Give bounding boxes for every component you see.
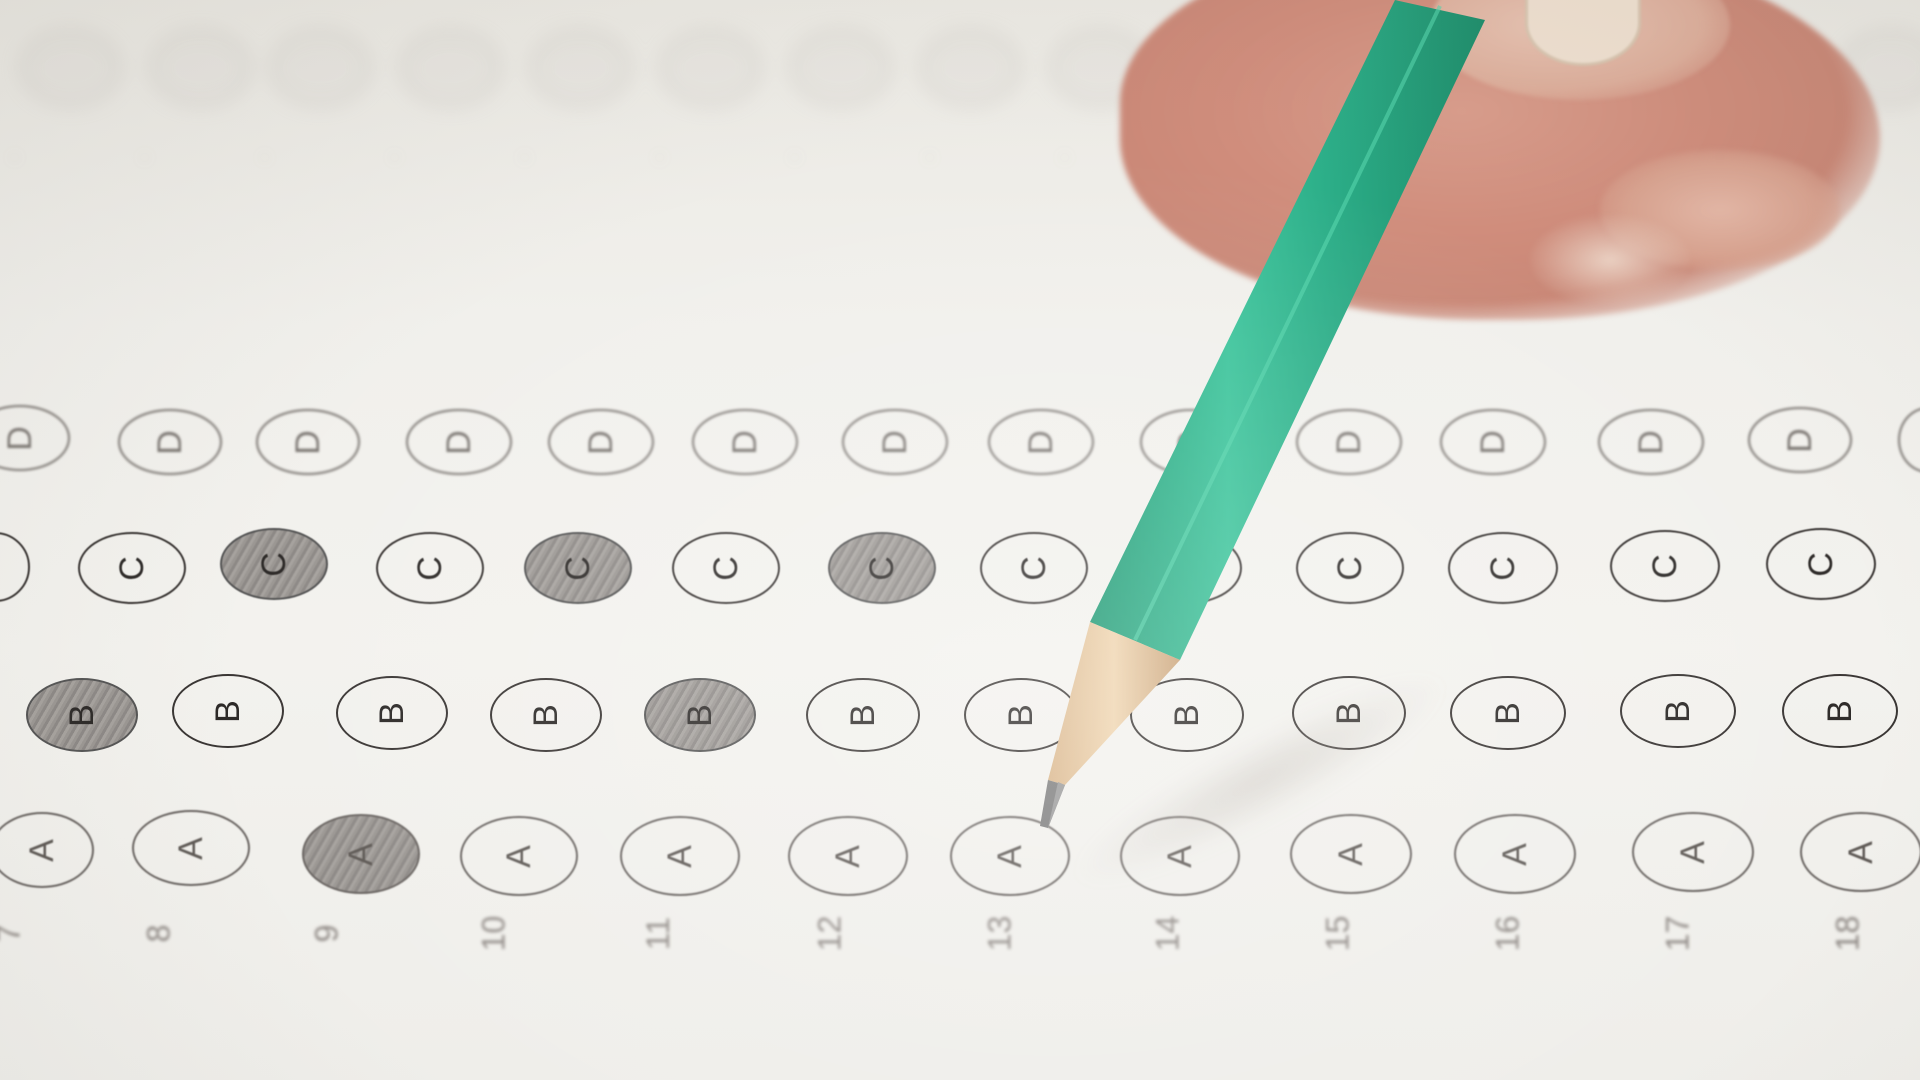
knuckle xyxy=(1530,215,1690,305)
bubble-a-9-filled[interactable]: A xyxy=(302,814,420,894)
bubble-c-6[interactable] xyxy=(0,532,30,602)
bubble-c-15[interactable]: C xyxy=(1296,532,1404,604)
bubble-c-14[interactable]: C xyxy=(1134,532,1242,604)
bubble-c-11[interactable]: C xyxy=(672,532,780,604)
bubble-d-13[interactable]: D xyxy=(988,409,1094,475)
bubble-a-8[interactable]: A xyxy=(132,810,250,886)
bubble-c-8-filled[interactable]: C xyxy=(220,528,328,600)
bubble-c-13[interactable]: C xyxy=(980,532,1088,604)
question-number-row: 7 8 9 10 11 12 13 14 15 16 17 18 xyxy=(0,915,1920,975)
bubble-b-10[interactable]: B xyxy=(490,678,602,752)
question-number: 9 xyxy=(308,925,345,943)
bubble-a-18[interactable]: A xyxy=(1800,812,1920,892)
bubble-a-12[interactable]: A xyxy=(788,816,908,896)
bubble-d-18[interactable]: D xyxy=(1748,407,1852,473)
question-number: 7 xyxy=(0,925,27,943)
bubble-a-16[interactable]: A xyxy=(1454,814,1576,894)
bubble-a-7[interactable]: A xyxy=(0,812,94,888)
bubble-d-12[interactable]: D xyxy=(842,409,948,475)
question-number: 11 xyxy=(640,917,677,950)
bubble-d-11[interactable]: D xyxy=(692,409,798,475)
question-number: 17 xyxy=(1659,916,1696,952)
question-number: 18 xyxy=(1829,916,1866,952)
bubble-d-14[interactable]: D xyxy=(1140,409,1240,475)
bubble-a-10[interactable]: A xyxy=(460,816,578,896)
bubble-d-7[interactable]: D xyxy=(118,409,222,475)
question-number: 13 xyxy=(981,916,1018,952)
bubble-b-7-filled[interactable]: B xyxy=(26,678,138,752)
answer-sheet-photo: ··· ··· ··· D D D D D D D D D D D D D C … xyxy=(0,0,1920,1080)
bubble-c-7[interactable]: C xyxy=(78,532,186,604)
bubble-b-8[interactable]: B xyxy=(172,674,284,748)
bubble-b-17[interactable]: B xyxy=(1620,674,1736,748)
bubble-b-18[interactable]: B xyxy=(1782,674,1898,748)
bubble-d-10[interactable]: D xyxy=(548,409,654,475)
question-number: 10 xyxy=(475,916,512,952)
bubble-b-16[interactable]: B xyxy=(1450,676,1566,750)
question-number: 8 xyxy=(140,925,177,943)
bubble-d-19[interactable] xyxy=(1898,407,1920,473)
bubble-b-11-filled[interactable]: B xyxy=(644,678,756,752)
bubble-b-12[interactable]: B xyxy=(806,678,920,752)
bubble-d-9[interactable]: D xyxy=(406,409,512,475)
bubble-d-16[interactable]: D xyxy=(1440,409,1546,475)
bubble-b-13[interactable]: B xyxy=(964,678,1078,752)
bubble-a-17[interactable]: A xyxy=(1632,812,1754,892)
bubble-d-6[interactable]: D xyxy=(0,405,70,471)
bubble-c-10-filled[interactable]: C xyxy=(524,532,632,604)
question-number: 15 xyxy=(1319,916,1356,952)
bubble-a-15[interactable]: A xyxy=(1290,814,1412,894)
question-number: 16 xyxy=(1489,916,1526,952)
bubble-b-14[interactable]: B xyxy=(1130,678,1244,752)
bubble-c-18[interactable]: C xyxy=(1766,528,1876,600)
question-number: 14 xyxy=(1149,916,1186,952)
bubble-c-17[interactable]: C xyxy=(1610,530,1720,602)
bubble-c-16[interactable]: C xyxy=(1448,532,1558,604)
bubble-d-15[interactable]: D xyxy=(1296,409,1402,475)
bubble-d-17[interactable]: D xyxy=(1598,409,1704,475)
question-number: 12 xyxy=(811,916,848,952)
bubble-a-11[interactable]: A xyxy=(620,816,740,896)
bubble-c-9[interactable]: C xyxy=(376,532,484,604)
bubble-b-9[interactable]: B xyxy=(336,676,448,750)
bubble-d-8[interactable]: D xyxy=(256,409,360,475)
bubble-c-12-filled[interactable]: C xyxy=(828,532,936,604)
bubble-a-13-pencil-tip[interactable]: A xyxy=(950,816,1070,896)
